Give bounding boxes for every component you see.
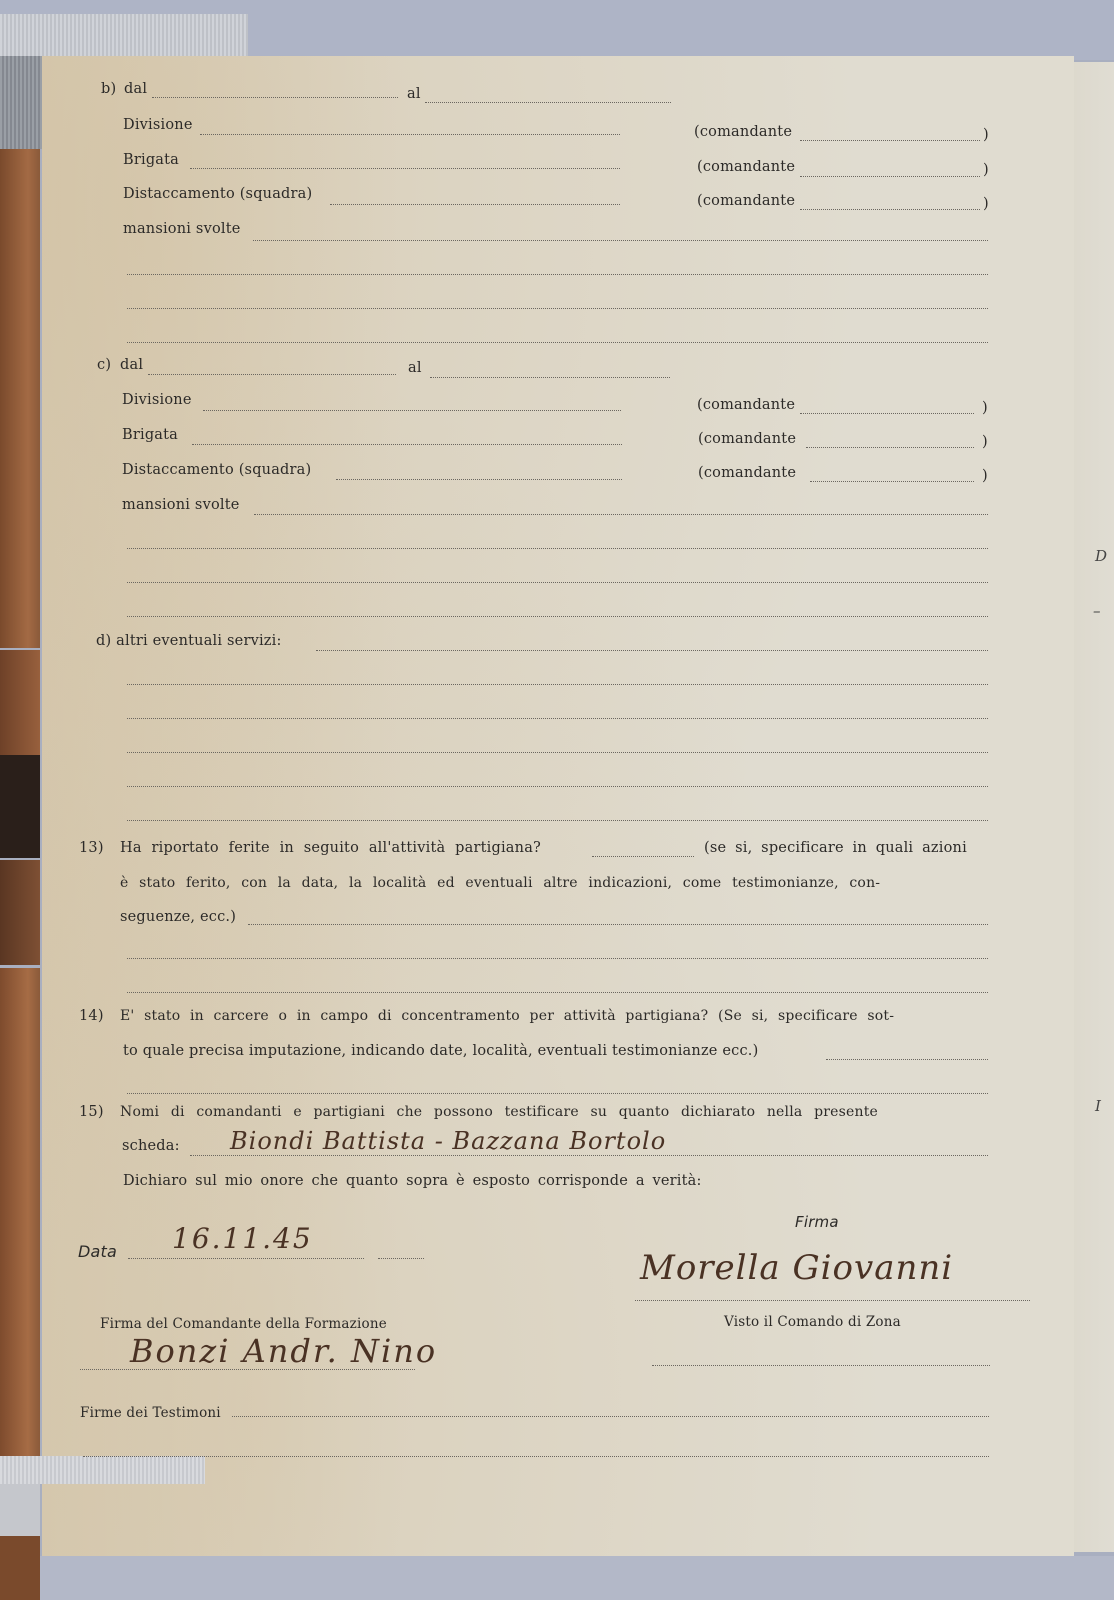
altri-servizi-label: d) altri eventuali servizi: xyxy=(96,633,282,649)
next-page-mark: I xyxy=(1095,1097,1101,1115)
background-bottom xyxy=(0,1556,1114,1600)
altri-servizi-line[interactable] xyxy=(127,718,988,719)
al-field[interactable] xyxy=(425,102,671,103)
distaccamento-label: Distaccamento (squadra) xyxy=(123,186,312,202)
comandante-formazione-signature: Bonzi Andr. Nino xyxy=(130,1332,437,1370)
mansioni-label: mansioni svolte xyxy=(123,221,241,237)
distaccamento-field[interactable] xyxy=(330,204,620,205)
ribbon xyxy=(0,1456,205,1484)
divisione-label: Divisione xyxy=(122,392,192,408)
ferite-details-field[interactable] xyxy=(248,924,988,925)
brigata-label: Brigata xyxy=(122,427,178,443)
declaration-text: Dichiaro sul mio onore che quanto sopra … xyxy=(123,1173,702,1189)
dal-field[interactable] xyxy=(152,97,398,98)
comando-zona-label: Visto il Comando di Zona xyxy=(724,1314,901,1330)
dal-label: dal xyxy=(120,357,143,373)
firma-label: Firma xyxy=(795,1213,839,1231)
distaccamento-field[interactable] xyxy=(336,479,622,480)
firma-field[interactable] xyxy=(635,1300,1030,1301)
data-field[interactable] xyxy=(128,1258,364,1259)
dal-label: dal xyxy=(124,81,147,97)
carcere-line[interactable] xyxy=(127,1093,988,1094)
question-text: (se si, specificare in quali azioni xyxy=(704,840,967,856)
comandante-label: (comandante xyxy=(694,124,792,140)
close-paren: ) xyxy=(983,162,989,178)
question-text: Nomi di comandanti e partigiani che poss… xyxy=(120,1104,878,1120)
book-spine xyxy=(0,1535,40,1600)
question-number: 14) xyxy=(79,1008,104,1024)
mansioni-line[interactable] xyxy=(127,342,988,343)
close-paren: ) xyxy=(982,434,988,450)
altri-servizi-line[interactable] xyxy=(127,786,988,787)
scheda-label: scheda: xyxy=(122,1138,180,1154)
book-spine xyxy=(0,650,40,755)
question-text: è stato ferito, con la data, la località… xyxy=(120,875,880,891)
mansioni-line[interactable] xyxy=(127,308,988,309)
comandante-field[interactable] xyxy=(806,447,974,448)
book-spine xyxy=(0,148,40,648)
testimoni-label: Firme dei Testimoni xyxy=(80,1405,221,1421)
mansioni-line[interactable] xyxy=(127,274,988,275)
section-marker: c) xyxy=(97,357,111,373)
comando-zona-field[interactable] xyxy=(652,1365,990,1366)
altri-servizi-line[interactable] xyxy=(127,820,988,821)
ferite-details-line[interactable] xyxy=(127,992,988,993)
ferite-field[interactable] xyxy=(592,856,694,857)
brigata-field[interactable] xyxy=(192,444,622,445)
comandante-field[interactable] xyxy=(800,413,974,414)
next-page-mark: – xyxy=(1093,602,1101,620)
question-text: to quale precisa imputazione, indicando … xyxy=(123,1043,758,1059)
comandante-field[interactable] xyxy=(800,209,980,210)
testimoni-line[interactable] xyxy=(83,1456,989,1457)
mansioni-field[interactable] xyxy=(253,240,988,241)
mansioni-line[interactable] xyxy=(127,582,988,583)
question-text: E' stato in carcere o in campo di concen… xyxy=(120,1008,894,1024)
comandante-label: (comandante xyxy=(698,465,796,481)
al-label: al xyxy=(407,86,421,102)
book-spine xyxy=(0,755,40,858)
question-text: Ha riportato ferite in seguito all'attiv… xyxy=(120,840,541,856)
divisione-field[interactable] xyxy=(200,134,620,135)
close-paren: ) xyxy=(982,400,988,416)
section-marker: b) xyxy=(101,81,116,97)
book-spine xyxy=(0,860,40,965)
scheda-handwritten-value: Biondi Battista - Bazzana Bortolo xyxy=(230,1127,666,1155)
mansioni-field[interactable] xyxy=(254,514,988,515)
close-paren: ) xyxy=(983,127,989,143)
comandante-field[interactable] xyxy=(800,140,980,141)
altri-servizi-line[interactable] xyxy=(127,752,988,753)
firma-handwritten-signature: Morella Giovanni xyxy=(640,1248,953,1288)
distaccamento-label: Distaccamento (squadra) xyxy=(122,462,311,478)
comandante-field[interactable] xyxy=(800,176,980,177)
divisione-label: Divisione xyxy=(123,117,193,133)
altri-servizi-field[interactable] xyxy=(316,650,988,651)
al-field[interactable] xyxy=(430,377,670,378)
ferite-details-line[interactable] xyxy=(127,958,988,959)
brigata-field[interactable] xyxy=(190,168,620,169)
comandante-label: (comandante xyxy=(697,397,795,413)
mansioni-line[interactable] xyxy=(127,616,988,617)
data-field-extra[interactable] xyxy=(378,1258,424,1259)
mansioni-label: mansioni svolte xyxy=(122,497,240,513)
altri-servizi-line[interactable] xyxy=(127,684,988,685)
close-paren: ) xyxy=(983,196,989,212)
question-number: 15) xyxy=(79,1104,104,1120)
data-handwritten-value: 16.11.45 xyxy=(172,1222,313,1255)
al-label: al xyxy=(408,360,422,376)
ribbon xyxy=(0,14,248,56)
data-label: Data xyxy=(78,1242,117,1261)
close-paren: ) xyxy=(982,468,988,484)
carcere-field[interactable] xyxy=(826,1059,988,1060)
divisione-field[interactable] xyxy=(203,410,621,411)
comandante-label: (comandante xyxy=(697,193,795,209)
book-spine xyxy=(0,968,40,1468)
question-text: seguenze, ecc.) xyxy=(120,909,236,925)
mansioni-line[interactable] xyxy=(127,548,988,549)
comandante-label: (comandante xyxy=(698,431,796,447)
comandante-label: (comandante xyxy=(697,159,795,175)
next-page-mark: D xyxy=(1095,547,1107,565)
scheda-field[interactable] xyxy=(190,1155,988,1156)
comandante-formazione-label: Firma del Comandante della Formazione xyxy=(100,1316,387,1332)
testimoni-field[interactable] xyxy=(232,1416,989,1417)
question-number: 13) xyxy=(79,840,104,856)
comandante-field[interactable] xyxy=(810,481,974,482)
dal-field[interactable] xyxy=(148,374,396,375)
brigata-label: Brigata xyxy=(123,152,179,168)
